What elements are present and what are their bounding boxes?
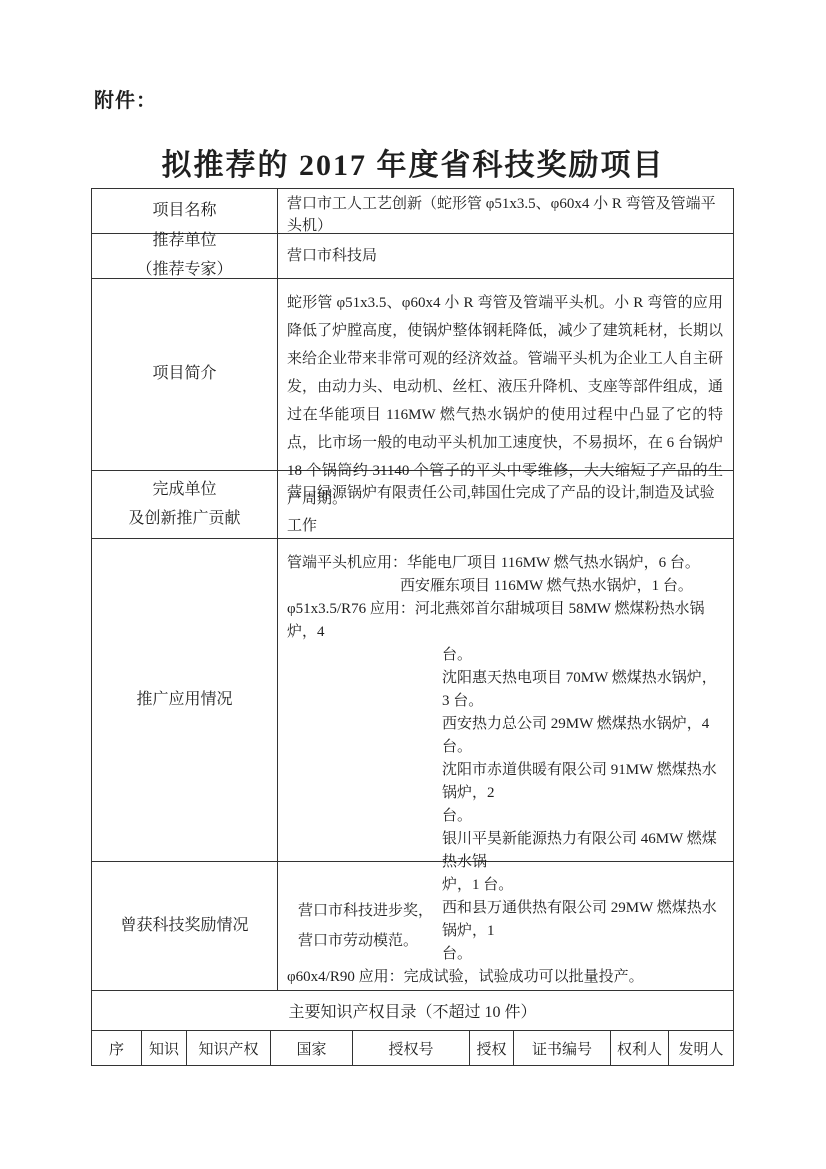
row-previous-awards: 曾获科技奖励情况 营口市科技进步奖， 营口市劳动模范。 [92,862,733,991]
ip-header-country: 国家 [271,1031,353,1065]
completing-unit-label: 完成单位 及创新推广贡献 [92,471,278,538]
attachment-label: 附件： [94,84,157,113]
promotion-line: φ51x3.5/R76 应用：河北燕郊首尔甜城项目 58MW 燃煤粉热水锅炉，4 [287,598,723,644]
promotion-line: 台。 [287,805,723,828]
promotion-application-label: 推广应用情况 [92,539,278,861]
row-recommender: 推荐单位 （推荐专家） 营口市科技局 [92,234,733,279]
ip-header-seq: 序 [92,1031,142,1065]
promotion-line: 西安雁东项目 116MW 燃气热水锅炉，1 台。 [287,575,723,598]
document-page: 附件： 拟推荐的 2017 年度省科技奖励项目 项目名称 营口市工人工艺创新（蛇… [0,0,826,1169]
promotion-line: 管端平头机应用：华能电厂项目 116MW 燃气热水锅炉，6 台。 [287,552,723,575]
ip-header-grant: 授权 [470,1031,514,1065]
page-title: 拟推荐的 2017 年度省科技奖励项目 [0,140,826,184]
row-promotion-application: 推广应用情况 管端平头机应用：华能电厂项目 116MW 燃气热水锅炉，6 台。 … [92,539,733,862]
project-name-value: 营口市工人工艺创新（蛇形管 φ51x3.5、φ60x4 小 R 弯管及管端平头机… [278,189,733,233]
previous-awards-value: 营口市科技进步奖， 营口市劳动模范。 [278,862,733,990]
row-completing-unit: 完成单位 及创新推广贡献 营口绿源锅炉有限责任公司,韩国仕完成了产品的设计,制造… [92,471,733,539]
row-ip-header: 序 知识 知识产权 国家 授权号 授权 证书编号 权利人 发明人 [92,1031,733,1065]
previous-awards-label: 曾获科技奖励情况 [92,862,278,990]
award-project-table: 项目名称 营口市工人工艺创新（蛇形管 φ51x3.5、φ60x4 小 R 弯管及… [91,188,734,1066]
ip-header-rights-holder: 权利人 [611,1031,669,1065]
ip-header-certificate-number: 证书编号 [514,1031,611,1065]
ip-header-knowledge: 知识 [142,1031,187,1065]
recommender-value: 营口市科技局 [278,234,733,278]
project-summary-label: 项目简介 [92,279,278,470]
promotion-line: 西安热力总公司 29MW 燃煤热水锅炉，4 台。 [287,713,723,759]
ip-header-grant-number: 授权号 [353,1031,470,1065]
recommender-label: 推荐单位 （推荐专家） [92,234,278,278]
completing-unit-value: 营口绿源锅炉有限责任公司,韩国仕完成了产品的设计,制造及试验工作 [278,471,733,538]
project-summary-value: 蛇形管 φ51x3.5、φ60x4 小 R 弯管及管端平头机。小 R 弯管的应用… [278,279,733,470]
ip-section-title: 主要知识产权目录（不超过 10 件） [92,991,733,1030]
row-project-summary: 项目简介 蛇形管 φ51x3.5、φ60x4 小 R 弯管及管端平头机。小 R … [92,279,733,471]
row-ip-section-title: 主要知识产权目录（不超过 10 件） [92,991,733,1031]
promotion-line: 台。 [287,644,723,667]
ip-header-ip-type: 知识产权 [187,1031,271,1065]
promotion-line: 沈阳市赤道供暖有限公司 91MW 燃煤热水锅炉，2 [287,759,723,805]
promotion-application-value: 管端平头机应用：华能电厂项目 116MW 燃气热水锅炉，6 台。 西安雁东项目 … [278,539,733,861]
ip-header-inventor: 发明人 [669,1031,733,1065]
promotion-line: 沈阳惠天热电项目 70MW 燃煤热水锅炉，3 台。 [287,667,723,713]
